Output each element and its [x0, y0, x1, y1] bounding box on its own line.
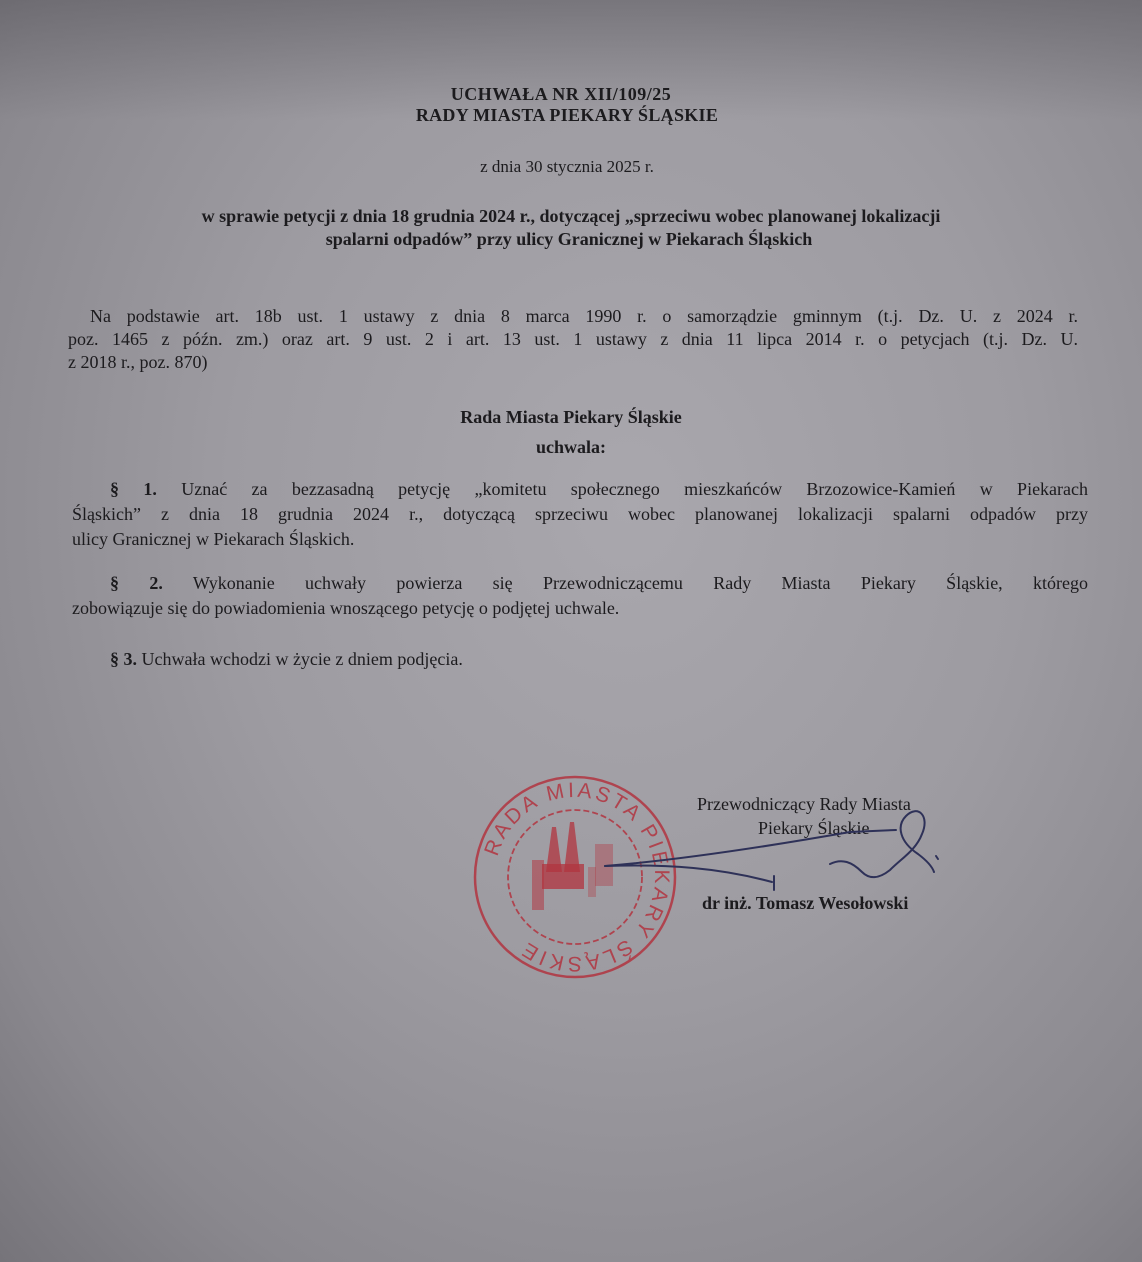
section-line: § 3. Uchwała wchodzi w życie z dniem pod… — [72, 648, 1088, 671]
signatory-name: dr inż. Tomasz Wesołowski — [702, 893, 908, 914]
section-2: § 2. Wykonanie uchwały powierza się Prze… — [72, 571, 1088, 621]
subject-line-2: spalarni odpadów” przy ulicy Granicznej … — [0, 229, 1140, 250]
section-line: ulicy Granicznej w Piekarach Śląskich. — [72, 527, 1088, 552]
section-line: zobowiązuje się do powiadomienia wnosząc… — [72, 596, 1088, 621]
section-3: § 3. Uchwała wchodzi w życie z dniem pod… — [72, 648, 1088, 671]
legal-basis-line: Na podstawie art. 18b ust. 1 ustawy z dn… — [68, 305, 1078, 328]
council-verb: uchwala: — [0, 437, 1142, 458]
resolution-date: z dnia 30 stycznia 2025 r. — [0, 157, 1138, 177]
legal-basis-line: z 2018 r., poz. 870) — [68, 351, 1078, 374]
legal-basis-line: poz. 1465 z późn. zm.) oraz art. 9 ust. … — [68, 328, 1078, 351]
section-line: Śląskich” z dnia 18 grudnia 2024 r., dot… — [72, 502, 1088, 527]
resolution-number: UCHWAŁA NR XII/109/25 — [0, 84, 1132, 105]
section-line: § 1. Uznać za bezzasadną petycję „komite… — [72, 477, 1088, 502]
section-1: § 1. Uznać za bezzasadną petycję „komite… — [72, 477, 1088, 552]
legal-basis: Na podstawie art. 18b ust. 1 ustawy z dn… — [68, 305, 1078, 374]
section-line: § 2. Wykonanie uchwały powierza się Prze… — [72, 571, 1088, 596]
document-page: UCHWAŁA NR XII/109/25 RADY MIASTA PIEKAR… — [0, 0, 1142, 1262]
section-label: § 3. — [110, 649, 137, 669]
section-label: § 2. — [110, 573, 163, 593]
issuer: RADY MIASTA PIEKARY ŚLĄSKIE — [0, 105, 1138, 126]
section-label: § 1. — [110, 479, 157, 499]
council-name: Rada Miasta Piekary Śląskie — [0, 407, 1142, 428]
subject-line-1: w sprawie petycji z dnia 18 grudnia 2024… — [0, 206, 1142, 227]
